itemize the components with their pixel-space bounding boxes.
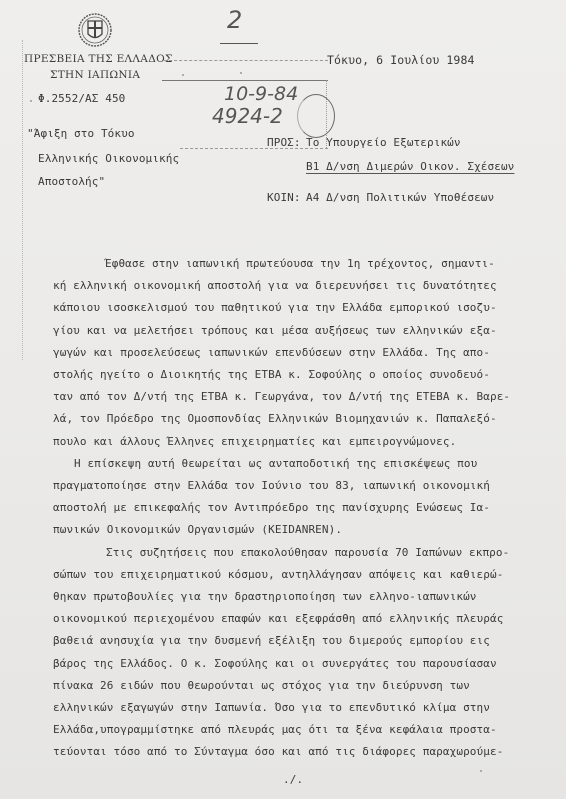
greek-coat-of-arms-icon xyxy=(77,12,113,48)
body-line: οικονομικού περιεχομένου επαφών και εξεφ… xyxy=(53,612,503,626)
continuation-mark: ./. xyxy=(283,773,303,787)
body-line: λά, τον Πρόεδρο της Ομοσπονδίας Ελληνικώ… xyxy=(53,412,497,426)
body-line: κή ελληνική οικονομική αποστολή για να δ… xyxy=(53,279,497,293)
body-line: αποστολή με επικεφαλής τον Αντιπρόεδρο τ… xyxy=(53,501,490,515)
cc-label: ΚΟΙΝ: xyxy=(267,191,301,205)
file-reference: Φ.2552/ΑΣ 450 xyxy=(38,92,125,106)
received-date: 10-9-84 xyxy=(224,83,298,105)
protocol-number: 4924-2 xyxy=(212,104,283,128)
body-line: στολής ηγείτο ο Διοικητής της ΕΤΒΑ κ. Σο… xyxy=(53,368,490,382)
body-line: θηκαν πρωτοβουλίες για την δραστηριοποίη… xyxy=(53,590,477,604)
to-label: ΠΡΟΣ: xyxy=(267,136,301,150)
subject-line-2: Ελληνικής Οικονομικής xyxy=(38,152,179,166)
body-line: πίνακα 26 ειδών που θεωρούνται ως στόχος… xyxy=(53,679,470,693)
body-line: βάρος της Ελλάδος. Ο κ. Σοφούλης και οι … xyxy=(53,657,497,671)
body-line: Η επίσκεψη αυτή θεωρείται ως ανταποδοτικ… xyxy=(74,457,477,471)
body-line: τεύονται τόσο από το Σύνταγμα όσο και απ… xyxy=(53,745,503,759)
cc-department: Α4 Δ/νση Πολιτικών Υποθέσεων xyxy=(306,191,494,205)
to-department: Β1 Δ/νση Διμερών Οικον. Σχέσεων xyxy=(306,160,514,174)
stamp-circle xyxy=(297,94,335,138)
body-line: πουλο και άλλους Έλληνες επιχειρηματίες … xyxy=(53,435,456,449)
body-line: Έφθασε στην ιαπωνική πρωτεύουσα την 1η τ… xyxy=(105,257,495,271)
body-line: πραγματοποίησε στην Ελλάδα τον Ιούνιο το… xyxy=(53,479,490,493)
document-page: ΠΡΕΣΒΕΙΑ ΤΗΣ ΕΛΛΑΔΟΣ ΣΤΗΝ ΙΑΠΩΝΙΑ Φ.2552… xyxy=(0,0,566,799)
subject-line-1: "Άφιξη στο Τόκυο xyxy=(27,127,135,141)
place-and-date: Τόκυο, 6 Ιουλίου 1984 xyxy=(327,53,475,67)
embassy-location: ΣΤΗΝ ΙΑΠΩΝΙΑ xyxy=(50,68,140,82)
body-line: κάποιου ισοσκελισμού του παθητικού για τ… xyxy=(53,301,497,315)
body-line: βαθειά ανησυχία για την δυσμενή εξέλιξη … xyxy=(53,634,490,648)
body-line: ελληνικών εξαγωγών στην Ιαπωνία. Όσο για… xyxy=(53,701,490,715)
subject-line-3: Αποστολής" xyxy=(38,175,105,189)
body-line: γίου και να μελετήσει τρόπους και μέσα α… xyxy=(53,324,497,338)
body-line: Ελλάδα,υπογραμμίστηκε από πλευράς μας ότ… xyxy=(53,723,497,737)
to-recipient: Το Υπουργείο Εξωτερικών xyxy=(306,136,461,150)
body-line: γωγών και προσελεύσεως ιαπωνικών επενδύσ… xyxy=(53,346,490,360)
page-number-underline xyxy=(220,43,258,44)
embassy-name: ΠΡΕΣΒΕΙΑ ΤΗΣ ΕΛΛΑΔΟΣ xyxy=(24,52,173,66)
body-line: σώπων του επιχειρηματικού κόσμου, αντηλλ… xyxy=(53,568,503,582)
body-line: ταν από τον Δ/ντή της ΕΤΒΑ κ. Γεωργάνα, … xyxy=(53,390,510,404)
body-line: πωνικών Οικονομικών Οργανισμών (KEIDANRE… xyxy=(53,523,342,537)
body-line: Στις συζητήσεις που επακολούθησαν παρουσ… xyxy=(106,546,509,560)
handwritten-page-number: 2 xyxy=(227,6,242,34)
punch-margin-line xyxy=(22,40,24,360)
